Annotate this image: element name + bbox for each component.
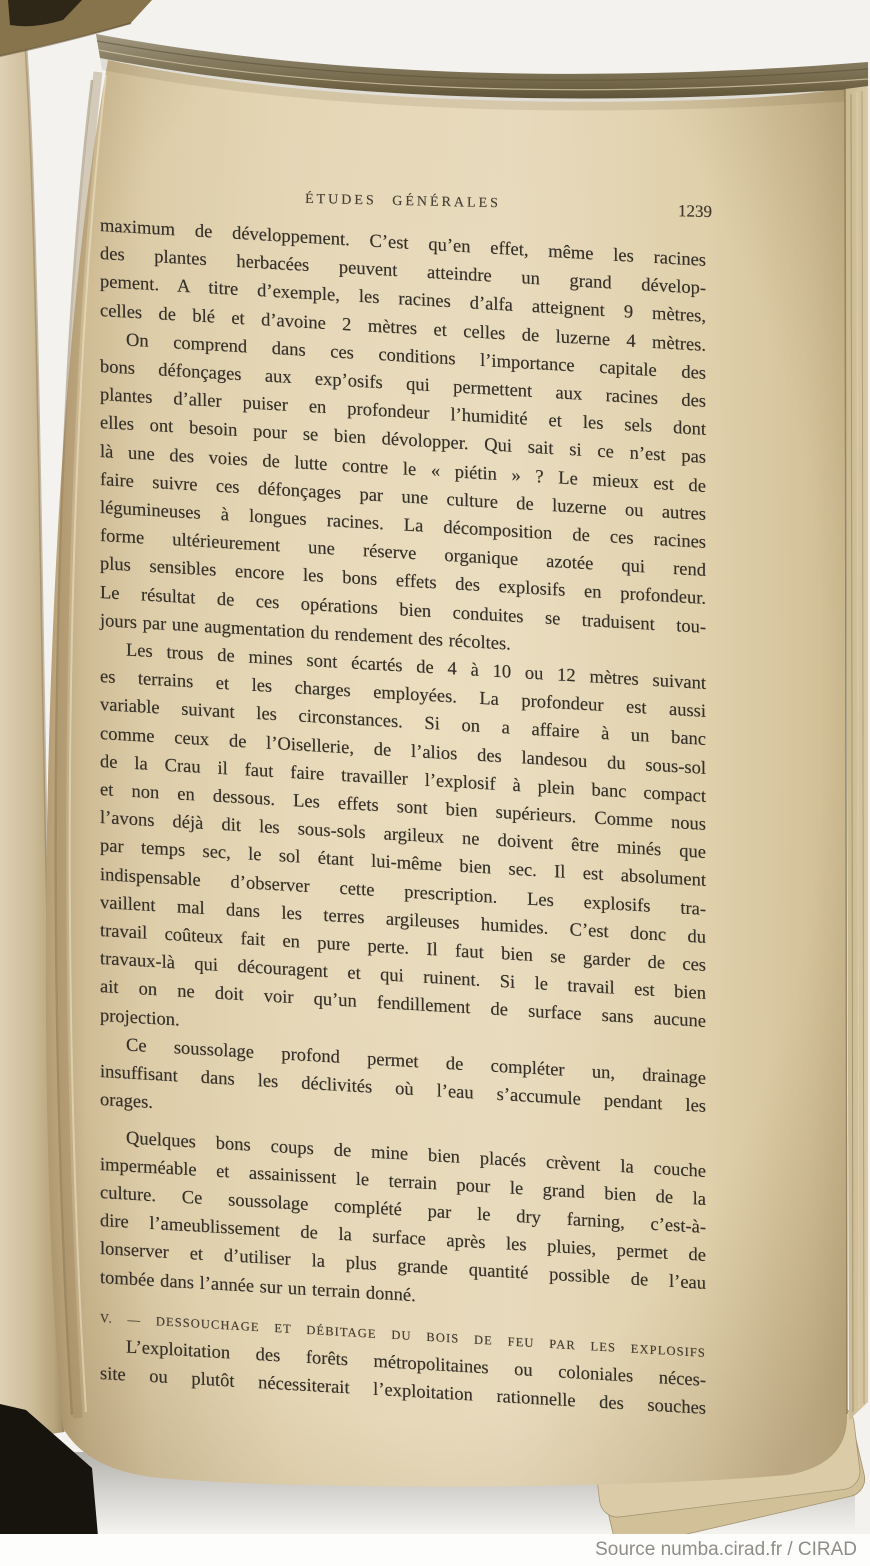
page-number: 1239: [678, 201, 712, 222]
source-label: Source numba.cirad.fr / CIRAD: [595, 1539, 857, 1560]
fore-edge-stack: [845, 86, 868, 1420]
book-scan-photo: ÉTUDES GÉNÉRALES 1239 maximum de dévelop…: [0, 0, 870, 1566]
page-text: maximum de développement. C’est qu’en ef…: [100, 212, 706, 1423]
source-footer: Source numba.cirad.fr / CIRAD: [0, 1534, 870, 1566]
